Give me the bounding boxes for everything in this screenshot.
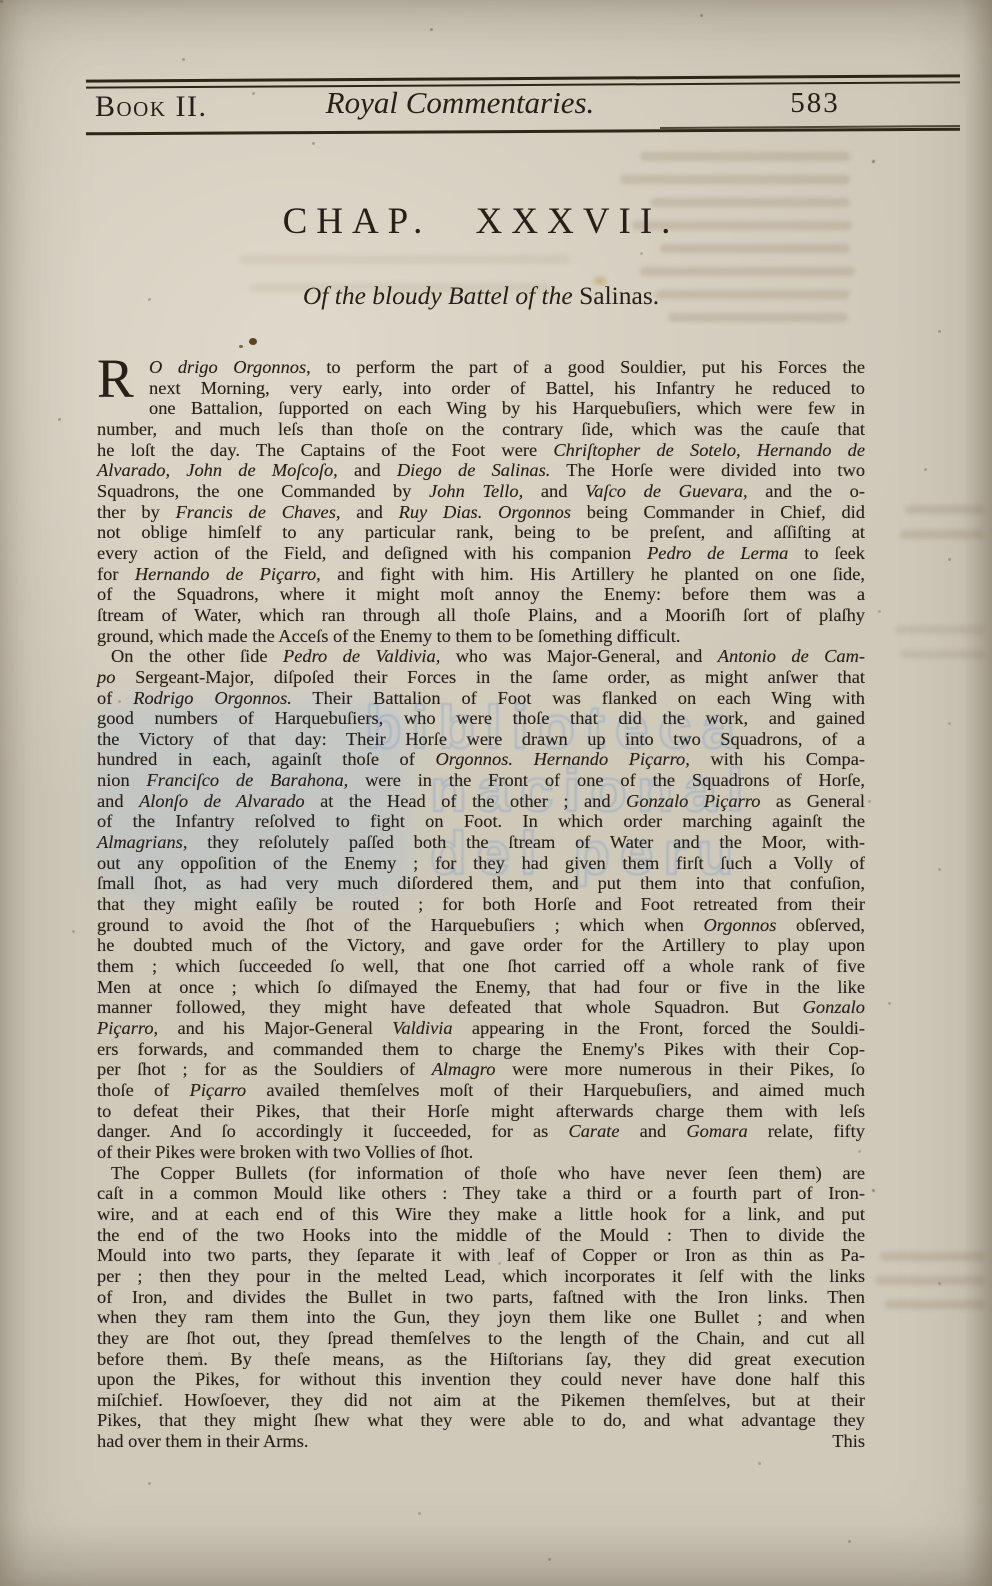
text-segment: he doubted much of the Victory, and gave… [97,935,865,955]
text-segment: he loſt the day. The Captains of the Foo… [97,440,553,460]
text-segment: ers forwards, and commanded them to char… [97,1039,865,1059]
bleed-through-artifact [640,152,850,161]
text-segment: Their Battalion of Foot was flanked on e… [292,688,865,708]
text-segment: thoſe of [97,1080,190,1100]
text-segment: hundred in each, againſt thoſe of [97,749,435,769]
text-segment: of the Squadrons, where it might moſt an… [97,584,865,604]
paragraph: On the other ſide Pedro de Valdivia, who… [97,646,865,1162]
proper-name-italic: Gonzalo [803,997,865,1017]
text-line: manner followed, they might have defeate… [97,997,865,1018]
proper-name-italic: John Tello, [429,481,523,501]
proper-name-italic: Gomara [686,1121,747,1141]
text-line: every action of the Field, and deſigned … [97,543,865,564]
text-line: of the Infantry reſolved to fight on Foo… [97,811,865,832]
page-number: 583 [780,87,850,120]
text-segment: were more numerous in their Pikes, ſo [495,1059,865,1079]
text-line: the Victory of that day: Their Horſe wer… [97,729,865,750]
text-line: The Copper Bullets (for information of t… [97,1163,865,1184]
text-segment: when they ram them into the Gun, they jo… [97,1307,865,1327]
paragraph: The Copper Bullets (for information of t… [97,1163,865,1452]
proper-name-italic: Vaſco de Guevara, [585,481,748,501]
text-segment: appearing in the Front, forced the Sould… [453,1018,865,1038]
bleed-through-artifact [905,505,985,514]
proper-name-italic: Ruy Dias. [399,502,483,522]
text-segment: ſtream of Water, which ran through all t… [97,605,865,625]
text-line: Almagrians, they reſolutely paſſed both … [97,832,865,853]
text-segment: caſt in a common Mould like others : The… [97,1183,865,1203]
text-segment: and [338,460,397,480]
text-line: miſchief. Howſoever, they did not aim at… [97,1390,865,1411]
text-line: ſmall ſhot, as had very much diſordered … [97,873,865,894]
drop-cap: R [97,358,145,399]
running-title: Royal Commentaries. [300,85,620,121]
text-line: of the Squadrons, where it might moſt an… [97,584,865,605]
text-segment: one Battalion, ſupported on each Wing by… [149,398,865,418]
proper-name-italic: Almagro [432,1059,496,1079]
text-segment: they are ſhot out, they ſpread themſelve… [97,1328,865,1348]
proper-name-italic: Orgonnos. [435,749,513,769]
text-line: they are ſhot out, they ſpread themſelve… [97,1328,865,1349]
text-line: that they might eaſily be routed ; for b… [97,894,865,915]
text-segment: good numbers of Harquebuſiers, who were … [97,708,865,728]
text-segment: and his Major-General [158,1018,392,1038]
bleed-through-artifact [900,650,985,659]
body-text: RO drigo Orgonnos, to perform the part o… [97,357,865,1452]
text-segment: being Commander in Chief, did [571,502,865,522]
proper-name-italic: O drigo Orgonnos [149,357,306,377]
text-line: Mould into two parts, they ſeparate it w… [97,1245,865,1266]
text-line: one Battalion, ſupported on each Wing by… [97,398,865,419]
text-segment: relate, fifty [748,1121,865,1141]
text-segment: ſmall ſhot, as had very much diſordered … [97,873,865,893]
text-line: upon the Pikes, for without this inventi… [97,1369,865,1390]
header-rule [86,128,960,136]
text-line: Alvarado, John de Moſcoſo, and Diego de … [97,460,865,481]
text-line: next Morning, very early, into order of … [97,378,865,399]
text-segment [482,502,498,522]
proper-name-italic: Gonzalo Piçarro [626,791,760,811]
text-line: per ; then they pour in the melted Lead,… [97,1266,865,1287]
text-line: the end of the two Hooks into the middle… [97,1225,865,1246]
proper-name-italic: Almagrians, [97,832,187,852]
text-segment: Men at once ; which ſo diſmayed the Enem… [97,977,865,997]
text-line: ther by Francis de Chaves, and Ruy Dias.… [97,502,865,523]
text-line: and Alonſo de Alvarado at the Head of th… [97,791,865,812]
text-line: ground, which made the Acceſs of the Ene… [97,626,865,647]
proper-name-italic: Diego de Salinas. [397,460,551,480]
bleed-through-artifact [875,1276,985,1285]
text-segment: as General [760,791,865,811]
text-segment: of Iron, and divides the Bullet in two p… [97,1287,865,1307]
chapter-subtitle-italic: Of the bloudy Battel of the [303,281,579,310]
text-segment: and fight with him. His Artillery he pla… [321,564,865,584]
text-line: O drigo Orgonnos, to perform the part of… [97,357,865,378]
proper-name-italic: Pedro de Valdivia, [283,646,440,666]
text-segment: had over them in their Arms. [97,1431,308,1452]
text-segment: availed themſelves moſt of their Harqueb… [246,1080,865,1100]
text-segment: ground to avoid the ſhot of the Harquebu… [97,915,704,935]
bleed-through-artifact [880,1252,985,1261]
text-segment: The Copper Bullets (for information of t… [111,1163,865,1183]
text-line: per ſhot ; for as the Souldiers of Almag… [97,1059,865,1080]
bleed-through-artifact [640,267,855,276]
text-segment: at the Head of the other ; and [305,791,626,811]
chapter-subtitle-roman: Salinas. [579,281,659,310]
proper-name-italic: Alvarado, John de Moſcoſo, [97,460,338,480]
text-segment: wire, and at each end of this Wire they … [97,1204,865,1224]
text-segment [513,749,534,769]
text-segment: of their Pikes were broken with two Voll… [97,1142,473,1162]
bleed-through-artifact [668,313,848,322]
proper-name-italic: Antonio de Cam- [718,646,865,666]
text-segment: On the other ſide [111,646,283,666]
text-segment: for [97,564,135,584]
text-segment: danger. And ſo accordingly it ſucceeded,… [97,1121,568,1141]
text-segment: Mould into two parts, they ſeparate it w… [97,1245,865,1265]
text-segment: and [97,791,139,811]
bleed-through-artifact [240,255,570,264]
proper-name-italic: Pedro de Lerma [647,543,788,563]
proper-name-italic: Orgonnos [498,502,571,522]
text-segment: manner followed, they might have defeate… [97,997,803,1017]
proper-name-italic: Carate [568,1121,619,1141]
text-segment: obſerved, [776,915,865,935]
text-line: wire, and at each end of this Wire they … [97,1204,865,1225]
text-segment: upon the Pikes, for without this inventi… [97,1369,865,1389]
text-segment: and [340,502,398,522]
text-line: of their Pikes were broken with two Voll… [97,1142,865,1163]
text-segment: number, and much leſs than thoſe on the … [97,419,865,439]
bleed-through-artifact [660,244,850,253]
catchword: This [832,1431,865,1452]
text-line: not oblige himſelf to any particular ran… [97,522,865,543]
text-segment: who was Major-General, and [440,646,717,666]
text-segment: were in the Front of one of the Squadron… [348,770,865,790]
text-segment: and [523,481,585,501]
text-line: when they ram them into the Gun, they jo… [97,1307,865,1328]
text-segment: before them. By theſe means, as the Hiſt… [97,1349,865,1369]
text-line: thoſe of Piçarro availed themſelves moſt… [97,1080,865,1101]
ink-blot [249,338,257,345]
text-segment: and [620,1121,687,1141]
proper-name-italic: Francis de Chaves, [176,502,341,522]
text-segment: out any oppoſition of the Enemy ; for th… [97,853,865,873]
text-segment: the end of the two Hooks into the middle… [97,1225,865,1245]
text-segment: ther by [97,502,176,522]
proper-name-italic: Hernando Piçarro, [534,749,690,769]
text-segment: ground, which made the Acceſs of the Ene… [97,626,680,646]
text-segment: of the Infantry reſolved to fight on Foo… [97,811,865,831]
text-line: ers forwards, and commanded them to char… [97,1039,865,1060]
bleed-through-artifact [900,530,985,539]
proper-name-italic: Franciſco de Barahona, [147,770,349,790]
text-line: of Iron, and divides the Bullet in two p… [97,1287,865,1308]
text-segment: per ſhot ; for as the Souldiers of [97,1059,432,1079]
text-line: caſt in a common Mould like others : The… [97,1183,865,1204]
proper-name-italic: Rodrigo Orgonnos. [133,688,292,708]
text-line: he loſt the day. The Captains of the Foo… [97,440,865,461]
chapter-subtitle: Of the bloudy Battel of the Salinas. [97,281,865,311]
proper-name-italic: Piçarro, [97,1018,158,1038]
proper-name-italic: Piçarro [190,1080,247,1100]
book-label: Book II. [95,90,208,124]
text-line: On the other ſide Pedro de Valdivia, who… [97,646,865,667]
text-line: Piçarro, and his Major-General Valdivia … [97,1018,865,1039]
text-segment: nion [97,770,147,790]
text-segment: of [97,688,133,708]
proper-name-italic: Hernando de Piçarro, [135,564,321,584]
text-line: Pikes, that they might ſhew what they we… [97,1410,865,1431]
text-segment: next Morning, very early, into order of … [149,378,865,398]
text-segment: to ſeek [788,543,865,563]
text-line: he doubted much of the Victory, and gave… [97,935,865,956]
proper-name-italic: Chriſtopher de Sotelo, Hernando de [553,440,865,460]
proper-name-italic: Valdivia [392,1018,452,1038]
text-segment: , to perform the part of a good Souldier… [306,357,865,377]
text-line: them ; which ſucceeded ſo well, that one… [97,956,865,977]
proper-name-italic: po [97,667,115,687]
text-line: out any oppoſition of the Enemy ; for th… [97,853,865,874]
paper-stain [590,274,610,288]
text-line: hundred in each, againſt thoſe of Orgonn… [97,749,865,770]
text-line: good numbers of Harquebuſiers, who were … [97,708,865,729]
text-segment: the Victory of that day: Their Horſe wer… [97,729,865,749]
text-line: had over them in their Arms.This [97,1431,865,1452]
proper-name-italic: Orgonnos [704,915,777,935]
text-line: to defeat their Pikes, that their Horſe … [97,1101,865,1122]
text-segment: not oblige himſelf to any particular ran… [97,522,865,542]
text-line: po Sergeant-Major, diſpoſed their Forces… [97,667,865,688]
paper-speckles [0,0,3,3]
text-segment: Sergeant-Major, diſpoſed their Forces in… [115,667,865,687]
text-segment: miſchief. Howſoever, they did not aim at… [97,1390,865,1410]
chapter-heading: CHAP. XXXVII. [97,200,865,243]
text-segment: The Horſe were divided into two [550,460,865,480]
text-segment: they reſolutely paſſed both the ſtream o… [187,832,865,852]
text-segment: them ; which ſucceeded ſo well, that one… [97,956,865,976]
text-segment: per ; then they pour in the melted Lead,… [97,1266,865,1286]
bleed-through-artifact [895,625,985,634]
proper-name-italic: Alonſo de Alvarado [139,791,305,811]
text-segment: with his Compa- [690,749,865,769]
text-line: danger. And ſo accordingly it ſucceeded,… [97,1121,865,1142]
bleed-through-artifact [620,175,850,184]
text-line: ſtream of Water, which ran through all t… [97,605,865,626]
text-segment: Squadrons, the one Commanded by [97,481,429,501]
text-segment: Pikes, that they might ſhew what they we… [97,1410,865,1430]
text-segment: to defeat their Pikes, that their Horſe … [97,1101,865,1121]
text-segment: and the o- [748,481,865,501]
text-segment: every action of the Field, and deſigned … [97,543,647,563]
text-line: Men at once ; which ſo diſmayed the Enem… [97,977,865,998]
text-line: nion Franciſco de Barahona, were in the … [97,770,865,791]
text-line: Squadrons, the one Commanded by John Tel… [97,481,865,502]
text-line: for Hernando de Piçarro, and fight with … [97,564,865,585]
text-segment: that they might eaſily be routed ; for b… [97,894,865,914]
book-page: biblioteca nacional del peru Book II. Ro… [0,0,992,1586]
paragraph: RO drigo Orgonnos, to perform the part o… [97,357,865,646]
text-line: of Rodrigo Orgonnos. Their Battalion of … [97,688,865,709]
text-line: number, and much leſs than thoſe on the … [97,419,865,440]
text-line: ground to avoid the ſhot of the Harquebu… [97,915,865,936]
bleed-through-artifact [885,1300,985,1309]
text-line: before them. By theſe means, as the Hiſt… [97,1349,865,1370]
